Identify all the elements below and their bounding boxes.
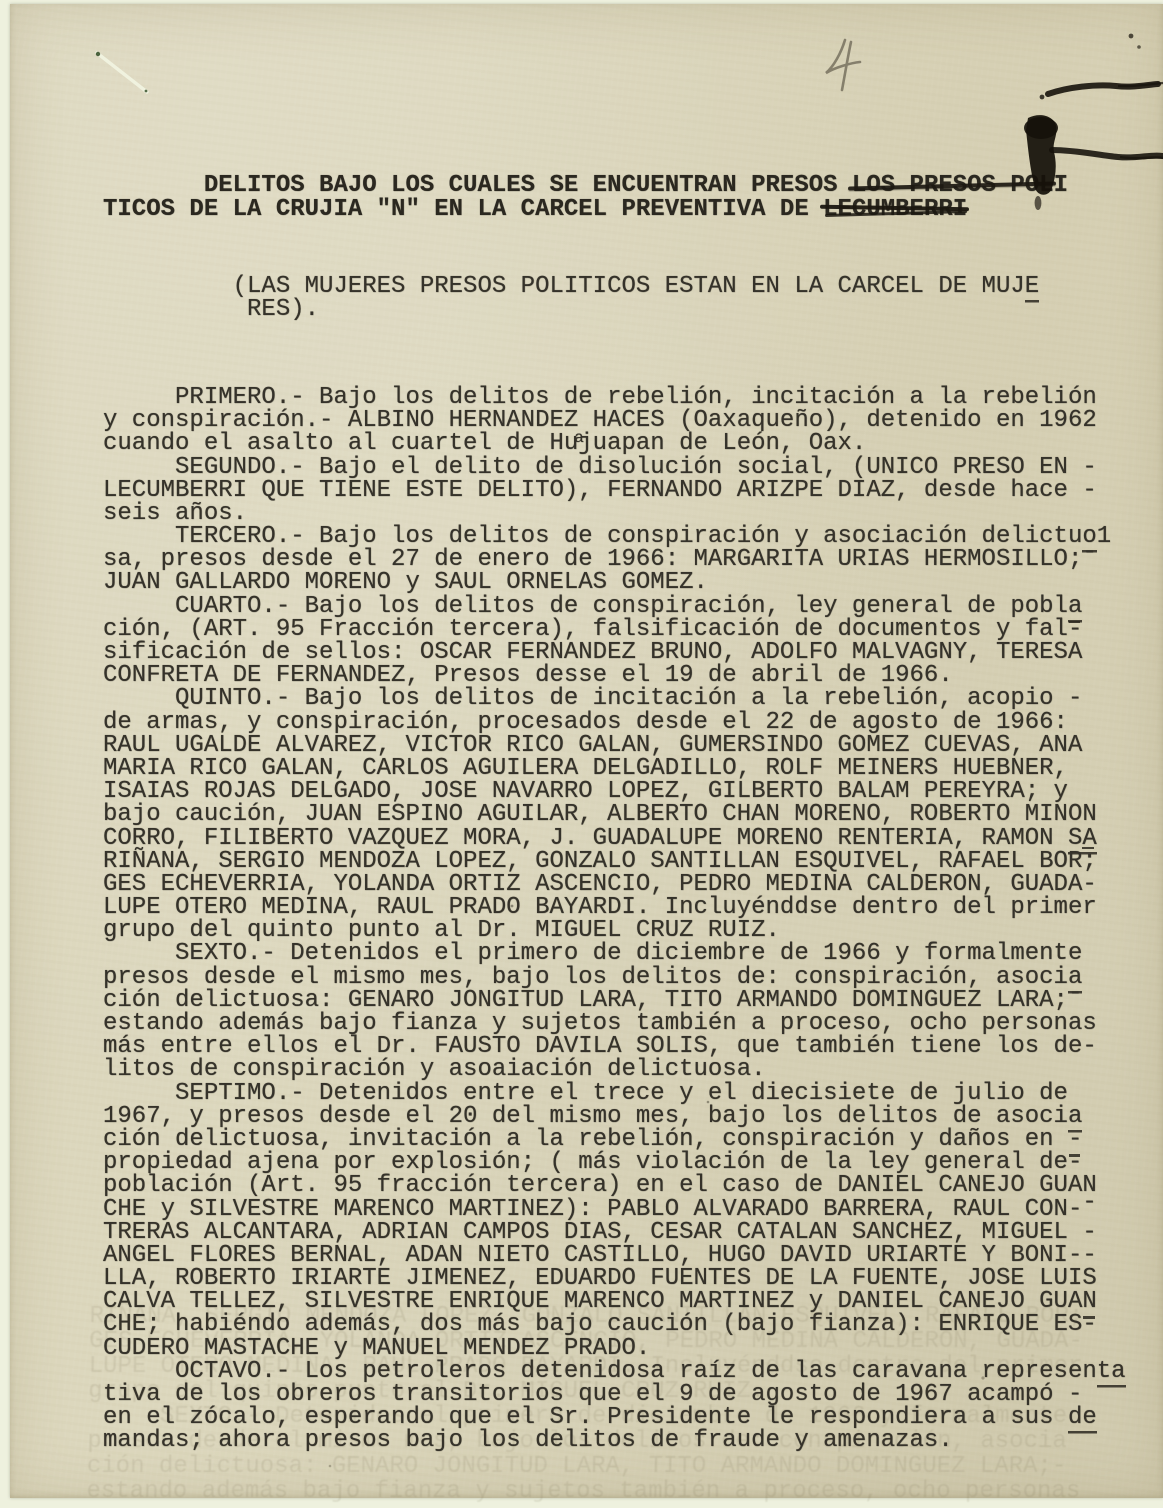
text-line: grupo del quinto punto al Dr. MIGUEL CRU… (103, 919, 1163, 942)
scanned-typewritten-page: { "page": { "handwritten_number": "4", "… (0, 0, 1163, 1508)
text-line: SEXTO.- Detenidos el primero de diciembr… (103, 942, 1163, 965)
text-line: de armas, y conspiración, procesados des… (103, 711, 1163, 734)
text-line: CALVA TELLEZ, SILVESTRE ENRIQUE MARENCO … (103, 1290, 1163, 1313)
text-line: propiedad ajena por explosión; ( más vio… (103, 1151, 1163, 1174)
text-line: sificación de sellos: OSCAR FERNANDEZ BR… (103, 641, 1163, 664)
paragraph-tercero: TERCERO.- Bajo los delitos de conspiraci… (103, 525, 1163, 595)
text-line: (LAS MUJERES PRESOS POLITICOS ESTAN EN L… (103, 275, 1163, 298)
text-line: mandas; ahora presos bajo los delitos de… (103, 1429, 1163, 1452)
text-line: CHE; habiéndo además, dos más bajo cauci… (103, 1313, 1163, 1336)
text-line: ción, (ART. 95 Fracción tercera), falsif… (103, 618, 1163, 641)
text-line: LLA, ROBERTO IRIARTE JIMENEZ, EDUARDO FU… (103, 1267, 1163, 1290)
text-line: y conspiración.- ALBINO HERNANDEZ HACES … (103, 409, 1163, 432)
text-line: tiva de los obreros transitorios que el … (103, 1383, 1163, 1406)
text-line: cuando el asalto al cuartel de Huajuapan… (103, 432, 1163, 455)
text-line: RES). (103, 298, 1163, 321)
text-line: litos de conspiración y asoaiación delic… (103, 1058, 1163, 1081)
text-line: SEPTIMO.- Detenidos entre el trece y el … (103, 1082, 1163, 1105)
text-line: ción delictuosa, invitación a la rebelió… (103, 1128, 1163, 1151)
text-line: ISAIAS ROJAS DELGADO, JOSE NAVARRO LOPEZ… (103, 780, 1163, 803)
document-heading: DELITOS BAJO LOS CUALES SE ENCUENTRAN PR… (103, 174, 1163, 220)
text-line: MARIA RICO GALAN, CARLOS AGUILERA DELGAD… (103, 757, 1163, 780)
typewritten-text: DELITOS BAJO LOS CUALES SE ENCUENTRAN PR… (103, 128, 1163, 1499)
text-line: ANGEL FLORES BERNAL, ADAN NIETO CASTILLO… (103, 1244, 1163, 1267)
text-line: QUINTO.- Bajo los delitos de incitación … (103, 687, 1163, 710)
text-line: PRIMERO.- Bajo los delitos de rebelión, … (103, 386, 1163, 409)
text-line: DELITOS BAJO LOS CUALES SE ENCUENTRAN PR… (103, 174, 1163, 197)
text-line: GES ECHEVERRIA, YOLANDA ORTIZ ASCENCIO, … (103, 873, 1163, 896)
text-line: LECUMBERRI QUE TIENE ESTE DELITO), FERNA… (103, 479, 1163, 502)
paragraph-quinto: QUINTO.- Bajo los delitos de incitación … (103, 687, 1163, 942)
paragraph-primero: PRIMERO.- Bajo los delitos de rebelión, … (103, 386, 1163, 456)
text-line: bajo caución, JUAN ESPINO AGUILAR, ALBER… (103, 803, 1163, 826)
paragraph-cuarto: CUARTO.- Bajo los delitos de conspiració… (103, 595, 1163, 688)
text-line: presos desde el mismo mes, bajo los deli… (103, 966, 1163, 989)
paragraph-sexto: SEXTO.- Detenidos el primero de diciembr… (103, 942, 1163, 1081)
text-line: CUDERO MASTACHE y MANUEL MENDEZ PRADO. (103, 1337, 1163, 1360)
text-line: RAUL UGALDE ALVAREZ, VICTOR RICO GALAN, … (103, 734, 1163, 757)
text-line: OCTAVO.- Los petroleros detenidosa raíz … (103, 1360, 1163, 1383)
text-line: población (Art. 95 fracción tercera) en … (103, 1174, 1163, 1197)
text-line: TRERAS ALCANTARA, ADRIAN CAMPOS DIAS, CE… (103, 1221, 1163, 1244)
text-line: más entre ellos el Dr. FAUSTO DAVILA SOL… (103, 1035, 1163, 1058)
text-line: RIÑANA, SERGIO MENDOZA LOPEZ, GONZALO SA… (103, 850, 1163, 873)
paragraph-octavo: OCTAVO.- Los petroleros detenidosa raíz … (103, 1360, 1163, 1453)
text-line: CORRO, FILIBERTO VAZQUEZ MORA, J. GUADAL… (103, 827, 1163, 850)
text-line: seis años. (103, 502, 1163, 525)
document-body: PRIMERO.- Bajo los delitos de rebelión, … (103, 386, 1163, 1453)
document-subheading: (LAS MUJERES PRESOS POLITICOS ESTAN EN L… (103, 275, 1163, 321)
text-line: CUARTO.- Bajo los delitos de conspiració… (103, 595, 1163, 618)
text-line: estando además bajo fianza y sujetos tam… (103, 1012, 1163, 1035)
text-line: CONFRETA DE FERNANDEZ, Presos desse el 1… (103, 664, 1163, 687)
paper-sheet: RIÑANA, SERGIO MENDOZA LOPEZ, GONZALO SA… (10, 4, 1163, 1498)
text-line: sa, presos desde el 27 de enero de 1966:… (103, 548, 1163, 571)
text-line: ción delictuosa: GENARO JONGITUD LARA, T… (103, 989, 1163, 1012)
text-line: 1967, y presos desde el 20 del mismo mes… (103, 1105, 1163, 1128)
text-line: TERCERO.- Bajo los delitos de conspiraci… (103, 525, 1163, 548)
text-line: JUAN GALLARDO MORENO y SAUL ORNELAS GOME… (103, 571, 1163, 594)
text-line: LUPE OTERO MEDINA, RAUL PRADO BAYARDI. I… (103, 896, 1163, 919)
text-line: en el zócalo, esperando que el Sr. Presi… (103, 1406, 1163, 1429)
paragraph-septimo: SEPTIMO.- Detenidos entre el trece y el … (103, 1082, 1163, 1360)
paragraph-segundo: SEGUNDO.- Bajo el delito de disolución s… (103, 456, 1163, 526)
text-line: CHE y SILVESTRE MARENCO MARTINEZ): PABLO… (103, 1198, 1163, 1221)
text-line: TICOS DE LA CRUJIA "N" EN LA CARCEL PREV… (103, 198, 1163, 221)
text-line: SEGUNDO.- Bajo el delito de disolución s… (103, 456, 1163, 479)
